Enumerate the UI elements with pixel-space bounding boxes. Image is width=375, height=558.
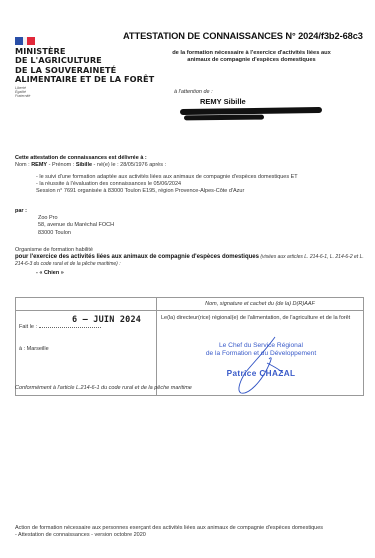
delivered-label: Cette attestation de connaissances est d…	[15, 155, 147, 162]
date-place-cell: Fait le : 6 – JUIN 2024 à : Marseille	[16, 311, 157, 396]
ministry-line: ALIMENTAIRE ET DE LA FORÊT	[15, 75, 154, 84]
prenom-label: - Prénom :	[47, 162, 76, 168]
org-name: Zoo Pro	[38, 215, 114, 222]
footer: Action de formation nécessaire aux perso…	[15, 525, 323, 538]
training-organisation-address: Zoo Pro 58, avenue du Maréchal FOCH 8300…	[38, 215, 114, 237]
nom-label: Nom :	[15, 162, 31, 168]
fait-label: Fait le :	[19, 324, 39, 330]
document-subtitle: de la formation nécessaire à l'exercice …	[144, 50, 359, 64]
place-label: à : Marseille	[19, 346, 49, 352]
birth-date-text: - né(e) le : 28/05/1976 après :	[92, 162, 166, 168]
org-street: 58, avenue du Maréchal FOCH	[38, 222, 114, 229]
org-habilite-label: Organisme de formation habilité	[15, 247, 93, 254]
document-title: ATTESTATION DE CONNAISSANCES N° 2024/f3b…	[123, 31, 363, 41]
org-scope: pour l'exercice des activités liées aux …	[15, 254, 370, 268]
session-info: Session n° 7691 organisée à 83000 Toulon…	[36, 188, 244, 195]
french-flag-icon	[15, 37, 35, 45]
par-label: par :	[15, 208, 27, 215]
table-header-empty	[16, 298, 157, 311]
prenom-value: Sibille	[76, 162, 92, 168]
footer-line: - Attestation de connaissances - version…	[15, 532, 323, 539]
signature-cell: Le(la) directeur(rice) régional(e) de l'…	[157, 311, 364, 396]
nom-value: REMY	[31, 162, 47, 168]
attention-label: à l'attention de :	[174, 89, 213, 95]
category-chien: - « Chien »	[36, 270, 64, 277]
identity-line: Nom : REMY - Prénom : Sibille - né(e) le…	[15, 162, 166, 169]
condition-training: - le suivi d'une formation adaptée aux a…	[36, 174, 298, 181]
redacted-address-line	[184, 115, 264, 121]
recipient-name: REMY Sibille	[200, 97, 246, 106]
subtitle-line: animaux de compagnie d'espèces domestiqu…	[144, 57, 359, 64]
ministry-logo-text: MINISTÈRE DE L'AGRICULTURE DE LA SOUVERA…	[15, 47, 154, 84]
org-city: 83000 Toulon	[38, 230, 114, 237]
conformity-note: Conformément à l'article L.214-6-1 du co…	[15, 385, 192, 392]
date-stamp: 6 – JUIN 2024	[72, 315, 141, 325]
condition-evaluation: - la réussite à l'évaluation des connais…	[36, 181, 181, 188]
org-scope-bold: pour l'exercice des activités liées aux …	[15, 254, 259, 260]
motto-line: Fraternité	[15, 94, 30, 98]
signature-table: Nom, signature et cachet du (de la) D(R)…	[15, 297, 364, 396]
republic-motto: Liberté Égalité Fraternité	[15, 86, 30, 99]
footer-line: Action de formation nécessaire aux perso…	[15, 525, 323, 532]
table-header-signature: Nom, signature et cachet du (de la) D(R)…	[157, 298, 364, 311]
subtitle-line: de la formation nécessaire à l'exercice …	[144, 50, 359, 57]
handwritten-signature-icon	[157, 311, 365, 395]
